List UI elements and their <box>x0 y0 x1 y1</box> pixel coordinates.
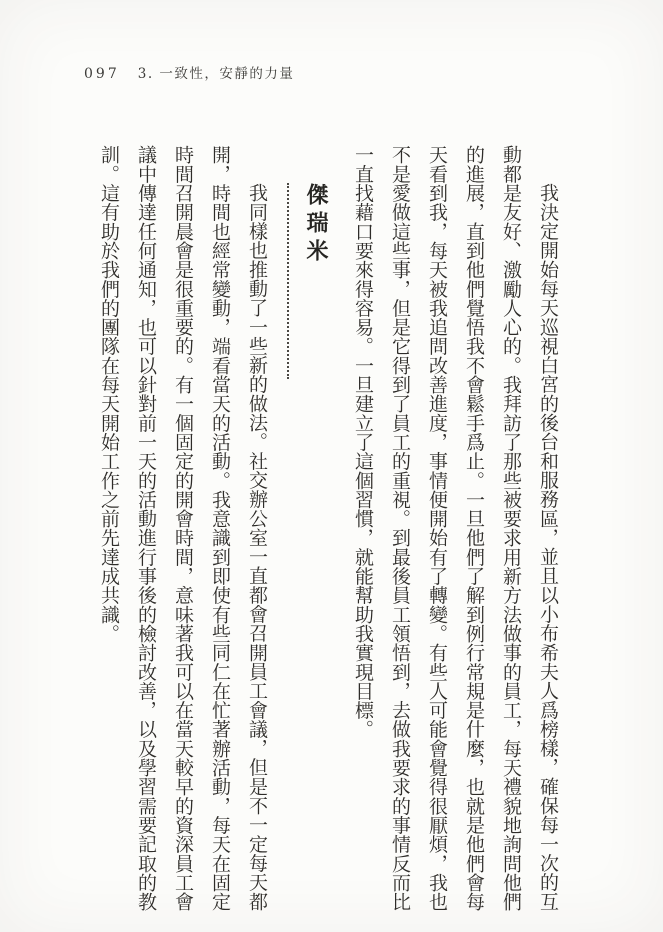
section-heading: 傑瑞米 <box>287 145 330 913</box>
running-header: 097 3. 一致性，安靜的力量 <box>84 62 294 82</box>
body-paragraph-2: 我同樣也推動了一些新的做法。社交辦公室一直都會召開員工會議，但是不一定每天都開，… <box>90 145 275 913</box>
section-heading-label: 傑瑞米 <box>300 183 330 913</box>
vertical-text-block: 我決定開始每天巡視白宮的後台和服務區，並且以小布希夫人爲榜樣，確保每一次的互動都… <box>90 145 566 913</box>
body-paragraph-1: 我決定開始每天巡視白宮的後台和服務區，並且以小布希夫人爲榜樣，確保每一次的互動都… <box>344 145 566 913</box>
chapter-title: 3. 一致性，安靜的力量 <box>138 62 295 82</box>
book-page: 097 3. 一致性，安靜的力量 我決定開始每天巡視白宮的後台和服務區，並且以小… <box>0 0 663 932</box>
page-number: 097 <box>84 66 120 82</box>
dotted-rule <box>287 183 289 379</box>
